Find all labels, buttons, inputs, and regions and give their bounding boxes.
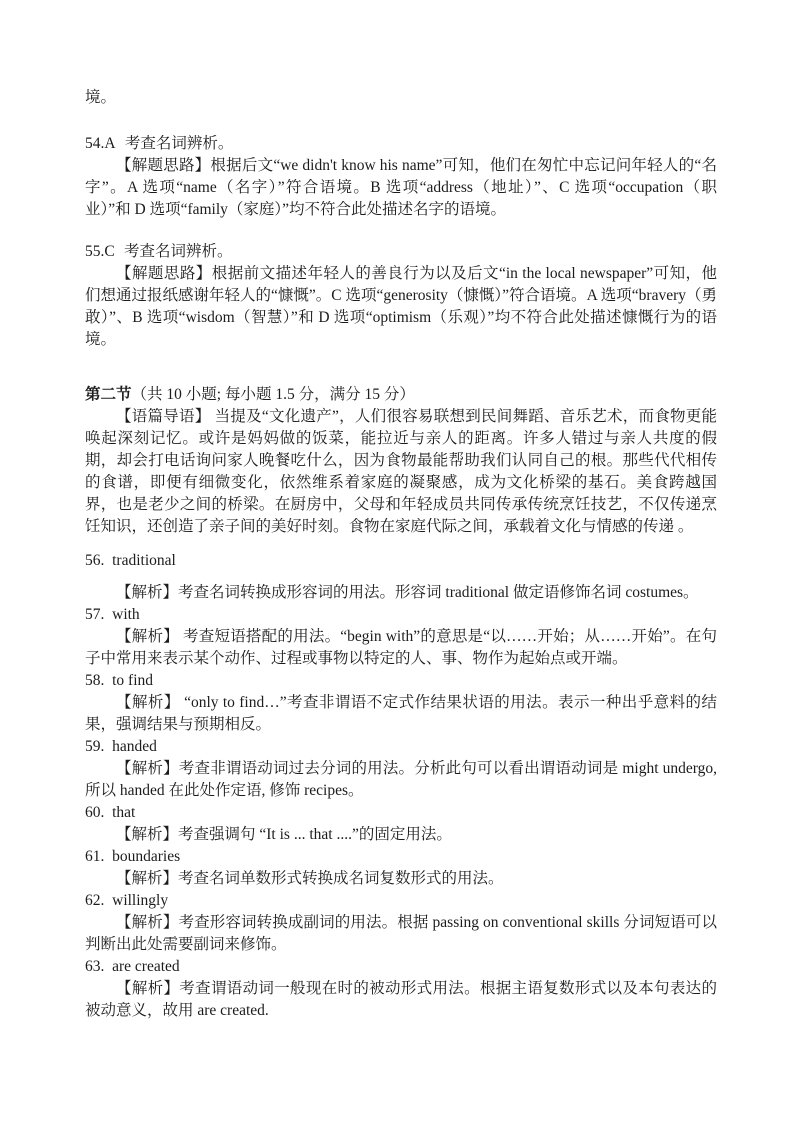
item-answer: willingly bbox=[112, 892, 168, 909]
item-answer: boundaries bbox=[112, 848, 180, 865]
item-58-analysis: 【解析】 “only to find…”考查非谓语不定式作结果状语的用法。表示一… bbox=[85, 692, 717, 736]
item-60-analysis: 【解析】考查强调句 “It is ... that ....”的固定用法。 bbox=[85, 824, 717, 846]
item-answer: with bbox=[112, 606, 140, 623]
analysis-text: 考查形容词转换成副词的用法。根据 passing on conventional… bbox=[85, 914, 717, 953]
question-number: 55.C bbox=[85, 243, 115, 260]
analysis-label: 【解题思路】 bbox=[116, 157, 210, 174]
item-56-analysis: 【解析】考查名词转换成形容词的用法。形容词 traditional 做定语修饰名… bbox=[85, 582, 717, 604]
question-skill: 考查名词辨析。 bbox=[125, 135, 234, 152]
item-58-block: 58.to find 【解析】 “only to find…”考查非谓语不定式作… bbox=[85, 670, 717, 736]
item-58-answer-line: 58.to find bbox=[85, 670, 717, 692]
item-59-answer-line: 59.handed bbox=[85, 736, 717, 758]
question-55-analysis: 【解题思路】根据前文描述年轻人的善良行为以及后文“in the local ne… bbox=[85, 263, 717, 351]
analysis-label: 【解析】 bbox=[116, 826, 178, 843]
analysis-text: 考查短语搭配的用法。“begin with”的意思是“以……开始；从……开始”。… bbox=[85, 628, 717, 667]
item-56-answer-line: 56.traditional bbox=[85, 550, 717, 572]
section-2-heading: 第二节（共 10 小题; 每小题 1.5 分，满分 15 分） bbox=[85, 384, 717, 406]
item-62-analysis: 【解析】考查形容词转换成副词的用法。根据 passing on conventi… bbox=[85, 912, 717, 956]
analysis-text: 考查名词转换成形容词的用法。形容词 traditional 做定语修饰名词 co… bbox=[178, 584, 699, 601]
item-62-block: 62.willingly 【解析】考查形容词转换成副词的用法。根据 passin… bbox=[85, 890, 717, 956]
analysis-label: 【解析】 bbox=[116, 694, 180, 711]
question-skill: 考查名词辨析。 bbox=[124, 243, 233, 260]
item-57-block: 57.with 【解析】 考查短语搭配的用法。“begin with”的意思是“… bbox=[85, 604, 717, 670]
item-57-analysis: 【解析】 考查短语搭配的用法。“begin with”的意思是“以……开始；从…… bbox=[85, 626, 717, 670]
section-detail: （共 10 小题; 每小题 1.5 分，满分 15 分） bbox=[132, 386, 415, 403]
section-2-block: 第二节（共 10 小题; 每小题 1.5 分，满分 15 分） 【语篇导语】 当… bbox=[85, 384, 717, 538]
item-63-analysis: 【解析】考查谓语动词一般现在时的被动形式用法。根据主语复数形式以及本句表达的被动… bbox=[85, 978, 717, 1022]
item-number: 56. bbox=[85, 552, 104, 569]
analysis-label: 【解题思路】 bbox=[116, 265, 212, 282]
analysis-text: “only to find…”考查非谓语不定式作结果状语的用法。表示一种出乎意料… bbox=[85, 694, 717, 733]
item-number: 61. bbox=[85, 848, 104, 865]
question-54-block: 54.A考查名词辨析。 【解题思路】根据后文“we didn't know hi… bbox=[85, 133, 717, 221]
item-number: 58. bbox=[85, 672, 104, 689]
analysis-text: 考查名词单数形式转换成名词复数形式的用法。 bbox=[178, 870, 504, 887]
continuation-text: 境。 bbox=[85, 89, 116, 106]
item-61-answer-line: 61.boundaries bbox=[85, 846, 717, 868]
item-63-answer-line: 63.are created bbox=[85, 956, 717, 978]
question-number: 54.A bbox=[85, 135, 116, 152]
item-answer: to find bbox=[112, 672, 153, 689]
item-60-block: 60.that 【解析】考查强调句 “It is ... that ....”的… bbox=[85, 802, 717, 846]
item-number: 63. bbox=[85, 958, 104, 975]
analysis-text: 考查谓语动词一般现在时的被动形式用法。根据主语复数形式以及本句表达的被动意义，故… bbox=[85, 980, 717, 1019]
analysis-text: 考查非谓语动词过去分词的用法。分析此句可以看出谓语动词是 might under… bbox=[85, 760, 717, 799]
item-61-block: 61.boundaries 【解析】考查名词单数形式转换成名词复数形式的用法。 bbox=[85, 846, 717, 890]
document-page: 境。 54.A考查名词辨析。 【解题思路】根据后文“we didn't know… bbox=[0, 0, 800, 1131]
intro-label: 【语篇导语】 bbox=[116, 408, 211, 425]
item-63-block: 63.are created 【解析】考查谓语动词一般现在时的被动形式用法。根据… bbox=[85, 956, 717, 1022]
question-55-heading: 55.C考查名词辨析。 bbox=[85, 241, 717, 263]
item-57-answer-line: 57.with bbox=[85, 604, 717, 626]
question-55-block: 55.C考查名词辨析。 【解题思路】根据前文描述年轻人的善良行为以及后文“in … bbox=[85, 241, 717, 351]
analysis-text: 考查强调句 “It is ... that ....”的固定用法。 bbox=[178, 826, 452, 843]
intro-text: 当提及“文化遗产”，人们很容易联想到民间舞蹈、音乐艺术，而食物更能唤起深刻记忆。… bbox=[85, 408, 717, 535]
analysis-label: 【解析】 bbox=[116, 870, 178, 887]
document-content: 境。 54.A考查名词辨析。 【解题思路】根据后文“we didn't know… bbox=[85, 87, 717, 1022]
item-answer: that bbox=[112, 804, 135, 821]
item-answer: are created bbox=[112, 958, 180, 975]
continuation-line: 境。 bbox=[85, 87, 717, 109]
analysis-label: 【解析】 bbox=[116, 980, 179, 997]
item-number: 57. bbox=[85, 606, 104, 623]
analysis-label: 【解析】 bbox=[116, 628, 179, 645]
item-62-answer-line: 62.willingly bbox=[85, 890, 717, 912]
item-number: 62. bbox=[85, 892, 104, 909]
item-61-analysis: 【解析】考查名词单数形式转换成名词复数形式的用法。 bbox=[85, 868, 717, 890]
item-answer: traditional bbox=[112, 552, 176, 569]
item-number: 60. bbox=[85, 804, 104, 821]
analysis-label: 【解析】 bbox=[116, 914, 179, 931]
item-answer: handed bbox=[112, 738, 157, 755]
item-59-block: 59.handed 【解析】考查非谓语动词过去分词的用法。分析此句可以看出谓语动… bbox=[85, 736, 717, 802]
question-54-analysis: 【解题思路】根据后文“we didn't know his name”可知，他们… bbox=[85, 155, 717, 221]
item-60-answer-line: 60.that bbox=[85, 802, 717, 824]
item-56-block: 56.traditional 【解析】考查名词转换成形容词的用法。形容词 tra… bbox=[85, 550, 717, 604]
analysis-label: 【解析】 bbox=[116, 760, 179, 777]
analysis-label: 【解析】 bbox=[116, 584, 178, 601]
question-54-heading: 54.A考查名词辨析。 bbox=[85, 133, 717, 155]
passage-intro: 【语篇导语】 当提及“文化遗产”，人们很容易联想到民间舞蹈、音乐艺术，而食物更能… bbox=[85, 406, 717, 538]
section-title: 第二节 bbox=[85, 386, 132, 403]
item-59-analysis: 【解析】考查非谓语动词过去分词的用法。分析此句可以看出谓语动词是 might u… bbox=[85, 758, 717, 802]
item-number: 59. bbox=[85, 738, 104, 755]
